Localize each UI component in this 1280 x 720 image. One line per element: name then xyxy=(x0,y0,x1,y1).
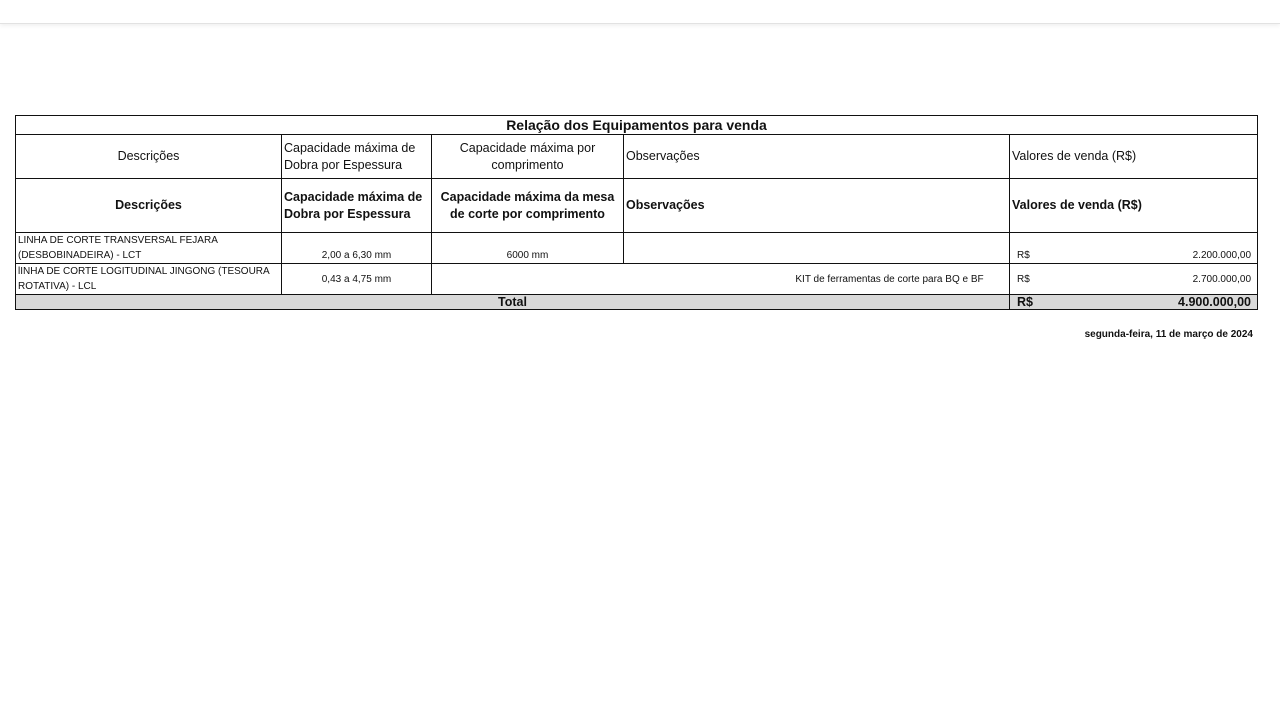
header-descricoes-bold: Descrições xyxy=(16,179,282,233)
row-valor-cell: R$ 2.700.000,00 xyxy=(1010,264,1258,295)
total-valor-cell: R$ 4.900.000,00 xyxy=(1010,295,1258,310)
table-title-row: Relação dos Equipamentos para venda xyxy=(16,116,1258,135)
table-title: Relação dos Equipamentos para venda xyxy=(16,116,1258,135)
table-row: LINHA DE CORTE TRANSVERSAL FEJARA (DESBO… xyxy=(16,233,1258,264)
row-descricao: lINHA DE CORTE LOGITUDINAL JINGONG (TESO… xyxy=(16,264,282,295)
header-capacidade-comprimento-bold: Capacidade máxima da mesa de corte por c… xyxy=(432,179,624,233)
row-currency: R$ xyxy=(1017,248,1030,263)
row-capacidade-comprimento: 6000 mm xyxy=(432,233,624,264)
viewer-top-bar xyxy=(0,0,1280,24)
header-observacoes-bold: Observações xyxy=(624,179,1010,233)
header-valores: Valores de venda (R$) xyxy=(1010,135,1258,179)
header-capacidade-dobra: Capacidade máxima de Dobra por Espessura xyxy=(282,135,432,179)
header-capacidade-dobra-bold: Capacidade máxima de Dobra por Espessura xyxy=(282,179,432,233)
header-row-plain: Descrições Capacidade máxima de Dobra po… xyxy=(16,135,1258,179)
total-valor: 4.900.000,00 xyxy=(1178,295,1251,309)
total-label: Total xyxy=(16,295,1010,310)
total-currency: R$ xyxy=(1017,295,1033,309)
row-valor: 2.700.000,00 xyxy=(1193,272,1251,287)
row-valor-cell: R$ 2.200.000,00 xyxy=(1010,233,1258,264)
header-row-bold: Descrições Capacidade máxima de Dobra po… xyxy=(16,179,1258,233)
document-date: segunda-feira, 11 de março de 2024 xyxy=(1085,329,1253,340)
row-valor: 2.200.000,00 xyxy=(1193,248,1251,263)
row-observacoes xyxy=(624,233,1010,264)
row-observacoes: KIT de ferramentas de corte para BQ e BF xyxy=(432,264,1010,295)
row-capacidade-dobra: 2,00 a 6,30 mm xyxy=(282,233,432,264)
header-valores-bold: Valores de venda (R$) xyxy=(1010,179,1258,233)
row-currency: R$ xyxy=(1017,272,1030,287)
table-row: lINHA DE CORTE LOGITUDINAL JINGONG (TESO… xyxy=(16,264,1258,295)
row-capacidade-dobra: 0,43 a 4,75 mm xyxy=(282,264,432,295)
equipment-sale-table: Relação dos Equipamentos para venda Desc… xyxy=(15,115,1258,310)
header-descricoes: Descrições xyxy=(16,135,282,179)
header-observacoes: Observações xyxy=(624,135,1010,179)
header-capacidade-comprimento: Capacidade máxima por comprimento xyxy=(432,135,624,179)
total-row: Total R$ 4.900.000,00 xyxy=(16,295,1258,310)
row-descricao: LINHA DE CORTE TRANSVERSAL FEJARA (DESBO… xyxy=(16,233,282,264)
